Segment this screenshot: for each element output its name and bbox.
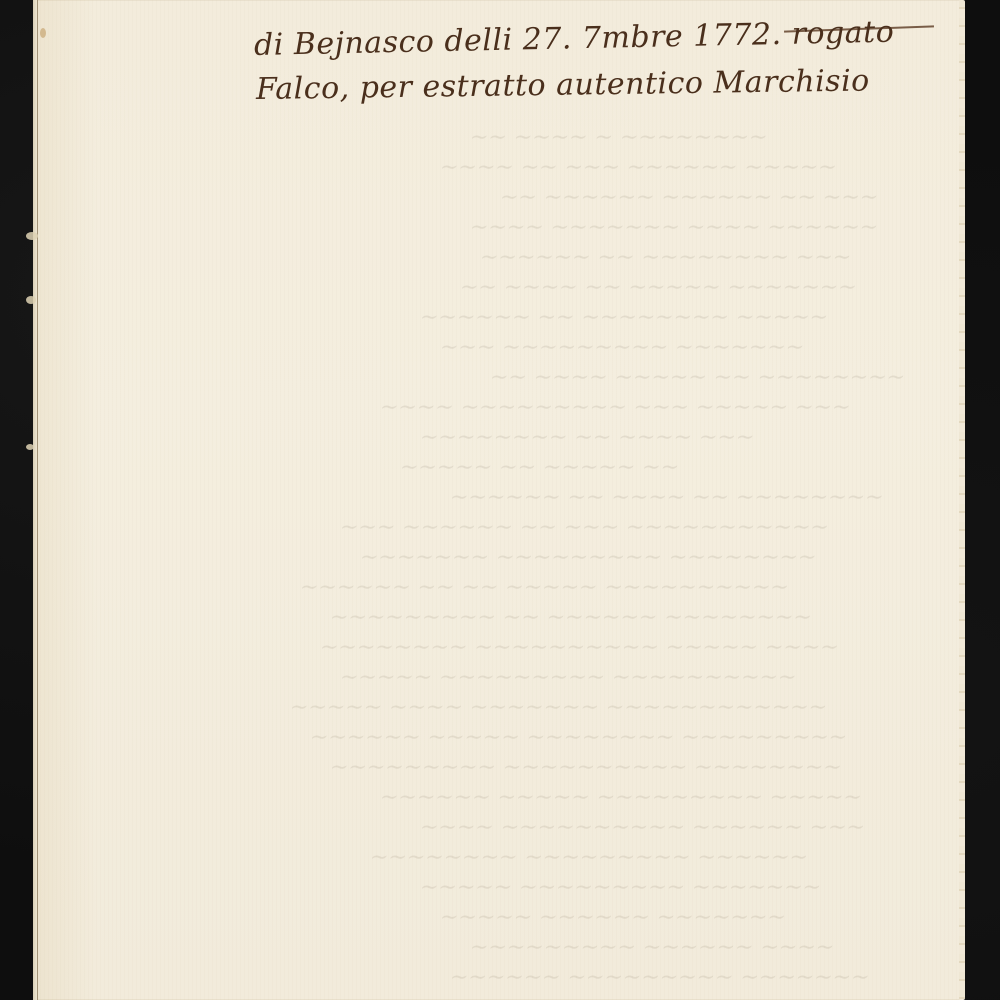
bleed-through-line: ~~~~~~ ~~ ~~~~ ~~ ~~~~~~~~ [447,485,886,510]
bleed-through-line: ~~~~~~ ~~ ~~ ~~~~~ ~~~~~~~~~~ [297,575,791,600]
bleed-through-line: ~~~~~~ ~~~~~~~~~ ~~~~~~~ [447,965,872,990]
bleed-through-line: ~~~~~~ ~~ ~~~~~~~~ ~~~ [477,245,854,270]
bleed-through-line: ~~~~~ ~~~~~~~~~ ~~~~~~~ [417,875,823,900]
bleed-through-line: ~~~~~~~~ ~~ ~~~~ ~~~ [417,425,757,450]
paper-fiber [26,444,34,450]
handwriting-line-2: Falco, per estratto autentico Marchisio [256,63,870,107]
page-binding-edge [33,0,38,1000]
bleed-through-line: ~~~~ ~~~~~~~~~~ ~~~~~~ ~~~ [417,815,867,840]
handwriting-line-1: di Bejnasco delli 27. 7mbre 1772. rogato [254,15,895,63]
bleed-through-line: ~~~~~~~~~ ~~~~~~~~~~ ~~~~~~~~ [327,755,844,780]
manuscript-page: ~~ ~~~~ ~ ~~~~~~~~~~~~ ~~ ~~~ ~~~~~~ ~~~… [36,0,962,1000]
manuscript-scan: ~~ ~~~~ ~ ~~~~~~~~~~~~ ~~ ~~~ ~~~~~~ ~~~… [0,0,1000,1000]
paper-fiber [26,296,36,304]
bleed-through-line: ~~~~~~~~~ ~~ ~~~~~~ ~~~~~~~~ [327,605,814,630]
paper-fiber [26,232,38,240]
bleed-through-line: ~~~~~ ~~~~~~ ~~~~~~~ [437,905,788,930]
bleed-through-line: ~~~~ ~~~~~~~~~ ~~~ ~~~~~ ~~~ [377,395,853,420]
bleed-through-line: ~~ ~~~~ ~~~~~ ~~ ~~~~~~~~ [487,365,907,390]
bleed-through-line: ~~~~~~~~~ ~~~~~~ ~~~~ [467,935,837,960]
bleed-through-line: ~~~ ~~~~~~~~~ ~~~~~~~ [437,335,807,360]
bleed-through-line: ~~ ~~~~ ~~ ~~~~~ ~~~~~~~ [457,275,859,300]
bleed-through-line: ~~~~~~~~ ~~~~~~~~~~ ~~~~~ ~~~~ [317,635,841,660]
bleed-through-line: ~~~~~~ ~~~~~ ~~~~~~~~~ ~~~~~ [377,785,864,810]
bleed-through-line: ~~~~~ ~~~~ ~~~~~~~ ~~~~~~~~~~~~ [287,695,829,720]
bleed-through-line: ~~~~~~~~ ~~~~~~~~~ ~~~~~~ [367,845,810,870]
bleed-through-line: ~~~~ ~~ ~~~ ~~~~~~ ~~~~~ [437,155,839,180]
bleed-through-line: ~~~~~ ~~~~~~~~~ ~~~~~~~~~~ [337,665,799,690]
page-deckled-edge [959,0,965,1000]
bleed-through-line: ~~~~~~ ~~ ~~~~~~~~ ~~~~~ [417,305,830,330]
bleed-through-line: ~~~~~~~ ~~~~~~~~~ ~~~~~~~~ [357,545,819,570]
bleed-through-line: ~~~~~ ~~ ~~~~~ ~~ [397,455,681,480]
bleed-through-line: ~~~~ ~~~~~~~ ~~~~ ~~~~~~ [467,215,880,240]
bleed-through-line: ~~ ~~~~ ~ ~~~~~~~~ [467,125,770,150]
bleed-through-line: ~~ ~~~~~~ ~~~~~~ ~~ ~~~ [497,185,881,210]
bleed-through-line: ~~~~~~ ~~~~~ ~~~~~~~~ ~~~~~~~~~ [307,725,849,750]
bleed-through-line: ~~~ ~~~~~~ ~~ ~~~ ~~~~~~~~~~~ [337,515,831,540]
paper-stain [40,28,46,38]
